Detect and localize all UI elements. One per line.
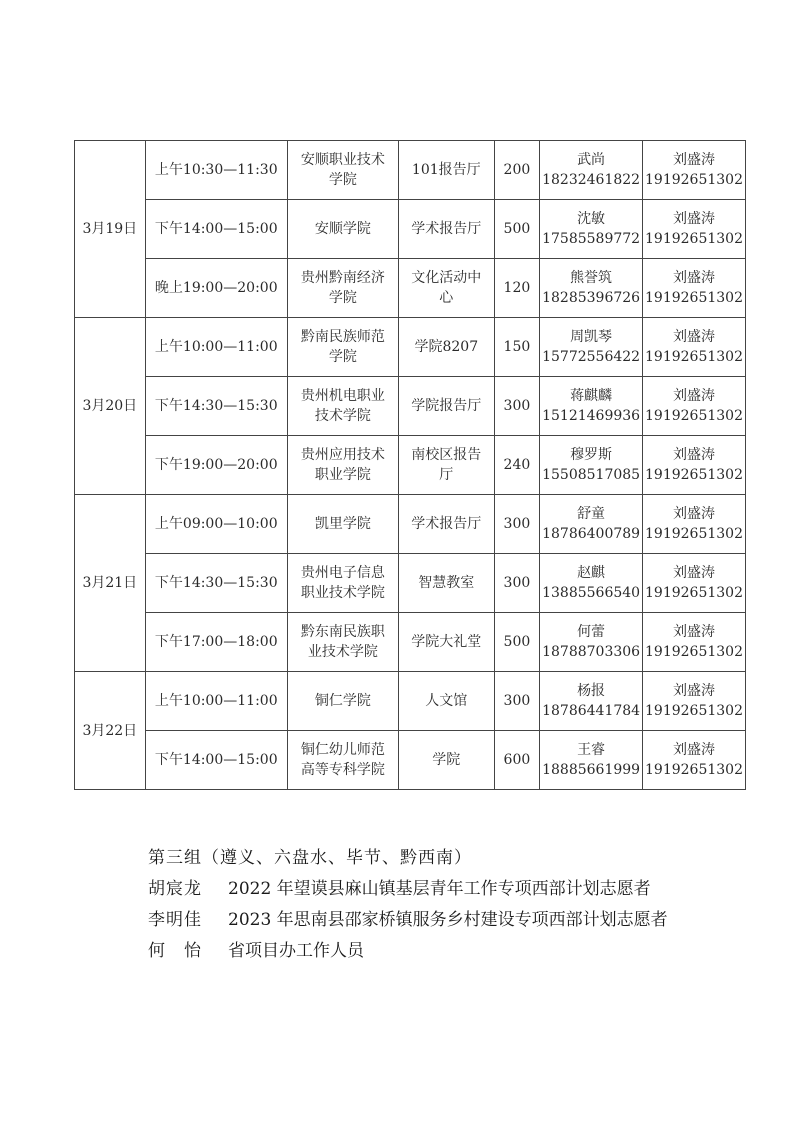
school-cell: 贵州黔南经济学院	[287, 259, 398, 318]
capacity-cell: 300	[494, 377, 539, 436]
member-desc: 2022 年望谟县麻山镇基层青年工作专项西部计划志愿者	[228, 874, 651, 905]
time-cell: 上午10:30—11:30	[145, 141, 287, 200]
document-page: 3月19日上午10:30—11:30安顺职业技术学院101报告厅200武尚182…	[0, 0, 793, 1122]
member-name: 胡宸龙	[148, 874, 228, 905]
school-line: 安顺学院	[290, 219, 396, 239]
school-contact-cell: 王睿18885661999	[540, 731, 643, 790]
lead-phone: 19192651302	[645, 465, 743, 485]
contact-name: 何蕾	[542, 622, 640, 642]
venue-line: 学院	[401, 750, 492, 770]
contact-name: 赵麒	[542, 563, 640, 583]
school-line: 高等专科学院	[290, 760, 396, 780]
time-cell: 下午14:30—15:30	[145, 554, 287, 613]
time-cell: 上午10:00—11:00	[145, 318, 287, 377]
venue-cell: 智慧教室	[398, 554, 494, 613]
member-name: 何 怡	[148, 936, 228, 967]
lead-phone: 19192651302	[645, 170, 743, 190]
time-cell: 晚上19:00—20:00	[145, 259, 287, 318]
contact-phone: 18285396726	[542, 288, 640, 308]
date-cell: 3月20日	[75, 318, 146, 495]
contact-name: 沈敏	[542, 209, 640, 229]
lead-name: 刘盛涛	[645, 563, 743, 583]
school-line: 学院	[290, 170, 396, 190]
school-contact-cell: 沈敏17585589772	[540, 200, 643, 259]
capacity-cell: 200	[494, 141, 539, 200]
school-line: 学院	[290, 347, 396, 367]
table-row: 下午14:00—15:00安顺学院学术报告厅500沈敏17585589772刘盛…	[75, 200, 746, 259]
lead-name: 刘盛涛	[645, 740, 743, 760]
capacity-cell: 500	[494, 200, 539, 259]
school-line: 黔东南民族职	[290, 622, 396, 642]
table-row: 晚上19:00—20:00贵州黔南经济学院文化活动中心120熊誉筑1828539…	[75, 259, 746, 318]
school-cell: 安顺职业技术学院	[287, 141, 398, 200]
table-row: 3月19日上午10:30—11:30安顺职业技术学院101报告厅200武尚182…	[75, 141, 746, 200]
school-cell: 黔南民族师范学院	[287, 318, 398, 377]
time-cell: 下午14:00—15:00	[145, 200, 287, 259]
school-contact-cell: 蒋麒麟15121469936	[540, 377, 643, 436]
capacity-cell: 240	[494, 436, 539, 495]
school-contact-cell: 熊誉筑18285396726	[540, 259, 643, 318]
school-line: 技术学院	[290, 406, 396, 426]
lead-name: 刘盛涛	[645, 327, 743, 347]
contact-phone: 15121469936	[542, 406, 640, 426]
lead-phone: 19192651302	[645, 288, 743, 308]
group-contact-cell: 刘盛涛19192651302	[643, 495, 746, 554]
schedule-table: 3月19日上午10:30—11:30安顺职业技术学院101报告厅200武尚182…	[74, 140, 746, 790]
contact-phone: 13885566540	[542, 583, 640, 603]
venue-cell: 101报告厅	[398, 141, 494, 200]
group-contact-cell: 刘盛涛19192651302	[643, 259, 746, 318]
contact-name: 武尚	[542, 150, 640, 170]
lead-phone: 19192651302	[645, 406, 743, 426]
venue-cell: 学院大礼堂	[398, 613, 494, 672]
member-row: 胡宸龙2022 年望谟县麻山镇基层青年工作专项西部计划志愿者	[148, 874, 768, 905]
lead-name: 刘盛涛	[645, 445, 743, 465]
venue-line: 学术报告厅	[401, 514, 492, 534]
date-cell: 3月19日	[75, 141, 146, 318]
venue-line: 学院大礼堂	[401, 632, 492, 652]
contact-phone: 15508517085	[542, 465, 640, 485]
contact-name: 熊誉筑	[542, 268, 640, 288]
table-row: 下午14:30—15:30贵州机电职业技术学院学院报告厅300蒋麒麟151214…	[75, 377, 746, 436]
contact-name: 蒋麒麟	[542, 386, 640, 406]
lead-phone: 19192651302	[645, 642, 743, 662]
contact-phone: 15772556422	[542, 347, 640, 367]
school-contact-cell: 杨报18786441784	[540, 672, 643, 731]
venue-line: 厅	[401, 465, 492, 485]
group-contact-cell: 刘盛涛19192651302	[643, 554, 746, 613]
venue-cell: 南校区报告厅	[398, 436, 494, 495]
group-contact-cell: 刘盛涛19192651302	[643, 731, 746, 790]
lead-name: 刘盛涛	[645, 150, 743, 170]
contact-name: 杨报	[542, 681, 640, 701]
contact-phone: 18786400789	[542, 524, 640, 544]
member-row: 李明佳2023 年思南县邵家桥镇服务乡村建设专项西部计划志愿者	[148, 905, 768, 936]
group-contact-cell: 刘盛涛19192651302	[643, 672, 746, 731]
school-line: 凯里学院	[290, 514, 396, 534]
group-contact-cell: 刘盛涛19192651302	[643, 141, 746, 200]
school-cell: 黔东南民族职业技术学院	[287, 613, 398, 672]
school-cell: 贵州机电职业技术学院	[287, 377, 398, 436]
school-line: 贵州机电职业	[290, 386, 396, 406]
venue-cell: 学术报告厅	[398, 495, 494, 554]
contact-name: 穆罗斯	[542, 445, 640, 465]
venue-cell: 学术报告厅	[398, 200, 494, 259]
lead-name: 刘盛涛	[645, 504, 743, 524]
group-contact-cell: 刘盛涛19192651302	[643, 613, 746, 672]
lead-phone: 19192651302	[645, 347, 743, 367]
school-contact-cell: 舒童18786400789	[540, 495, 643, 554]
school-line: 贵州应用技术	[290, 445, 396, 465]
table-row: 下午19:00—20:00贵州应用技术职业学院南校区报告厅240穆罗斯15508…	[75, 436, 746, 495]
lead-name: 刘盛涛	[645, 622, 743, 642]
group-contact-cell: 刘盛涛19192651302	[643, 377, 746, 436]
school-contact-cell: 赵麒13885566540	[540, 554, 643, 613]
venue-cell: 学院报告厅	[398, 377, 494, 436]
contact-name: 王睿	[542, 740, 640, 760]
group3-section: 第三组（遵义、六盘水、毕节、黔西南） 胡宸龙2022 年望谟县麻山镇基层青年工作…	[148, 843, 768, 967]
table-row: 3月21日上午09:00—10:00凯里学院学术报告厅300舒童18786400…	[75, 495, 746, 554]
table-row: 3月20日上午10:00—11:00黔南民族师范学院学院8207150周凯琴15…	[75, 318, 746, 377]
venue-cell: 学院	[398, 731, 494, 790]
venue-line: 人文馆	[401, 691, 492, 711]
school-contact-cell: 武尚18232461822	[540, 141, 643, 200]
member-name: 李明佳	[148, 905, 228, 936]
venue-line: 101报告厅	[401, 160, 492, 180]
capacity-cell: 300	[494, 495, 539, 554]
school-line: 黔南民族师范	[290, 327, 396, 347]
school-line: 学院	[290, 288, 396, 308]
date-cell: 3月21日	[75, 495, 146, 672]
school-line: 铜仁幼儿师范	[290, 740, 396, 760]
venue-line: 南校区报告	[401, 445, 492, 465]
school-contact-cell: 何蕾18788703306	[540, 613, 643, 672]
school-line: 职业学院	[290, 465, 396, 485]
member-desc: 2023 年思南县邵家桥镇服务乡村建设专项西部计划志愿者	[228, 905, 668, 936]
lead-phone: 19192651302	[645, 583, 743, 603]
table-row: 3月22日上午10:00—11:00铜仁学院人文馆300杨报1878644178…	[75, 672, 746, 731]
time-cell: 下午14:00—15:00	[145, 731, 287, 790]
venue-cell: 文化活动中心	[398, 259, 494, 318]
venue-cell: 学院8207	[398, 318, 494, 377]
capacity-cell: 150	[494, 318, 539, 377]
school-line: 铜仁学院	[290, 691, 396, 711]
venue-cell: 人文馆	[398, 672, 494, 731]
lead-phone: 19192651302	[645, 229, 743, 249]
lead-name: 刘盛涛	[645, 268, 743, 288]
table-row: 下午14:30—15:30贵州电子信息职业技术学院智慧教室300赵麒138855…	[75, 554, 746, 613]
venue-line: 学院8207	[401, 337, 492, 357]
school-contact-cell: 周凯琴15772556422	[540, 318, 643, 377]
lead-phone: 19192651302	[645, 701, 743, 721]
member-row: 何 怡省项目办工作人员	[148, 936, 768, 967]
capacity-cell: 600	[494, 731, 539, 790]
time-cell: 下午19:00—20:00	[145, 436, 287, 495]
school-cell: 凯里学院	[287, 495, 398, 554]
group-contact-cell: 刘盛涛19192651302	[643, 200, 746, 259]
capacity-cell: 500	[494, 613, 539, 672]
time-cell: 上午09:00—10:00	[145, 495, 287, 554]
school-cell: 贵州应用技术职业学院	[287, 436, 398, 495]
time-cell: 下午17:00—18:00	[145, 613, 287, 672]
capacity-cell: 300	[494, 672, 539, 731]
contact-name: 周凯琴	[542, 327, 640, 347]
school-cell: 安顺学院	[287, 200, 398, 259]
school-contact-cell: 穆罗斯15508517085	[540, 436, 643, 495]
time-cell: 下午14:30—15:30	[145, 377, 287, 436]
school-line: 安顺职业技术	[290, 150, 396, 170]
contact-phone: 18232461822	[542, 170, 640, 190]
venue-line: 智慧教室	[401, 573, 492, 593]
venue-line: 文化活动中	[401, 268, 492, 288]
contact-phone: 18885661999	[542, 760, 640, 780]
contact-phone: 17585589772	[542, 229, 640, 249]
lead-phone: 19192651302	[645, 760, 743, 780]
capacity-cell: 300	[494, 554, 539, 613]
venue-line: 心	[401, 288, 492, 308]
contact-phone: 18786441784	[542, 701, 640, 721]
group-contact-cell: 刘盛涛19192651302	[643, 436, 746, 495]
time-cell: 上午10:00—11:00	[145, 672, 287, 731]
school-cell: 铜仁学院	[287, 672, 398, 731]
schedule-body: 3月19日上午10:30—11:30安顺职业技术学院101报告厅200武尚182…	[75, 141, 746, 790]
group-contact-cell: 刘盛涛19192651302	[643, 318, 746, 377]
school-cell: 铜仁幼儿师范高等专科学院	[287, 731, 398, 790]
lead-name: 刘盛涛	[645, 681, 743, 701]
lead-name: 刘盛涛	[645, 386, 743, 406]
member-desc: 省项目办工作人员	[228, 936, 364, 967]
lead-name: 刘盛涛	[645, 209, 743, 229]
table-row: 下午17:00—18:00黔东南民族职业技术学院学院大礼堂500何蕾187887…	[75, 613, 746, 672]
contact-name: 舒童	[542, 504, 640, 524]
lead-phone: 19192651302	[645, 524, 743, 544]
venue-line: 学术报告厅	[401, 219, 492, 239]
capacity-cell: 120	[494, 259, 539, 318]
school-line: 业技术学院	[290, 642, 396, 662]
table-row: 下午14:00—15:00铜仁幼儿师范高等专科学院学院600王睿18885661…	[75, 731, 746, 790]
contact-phone: 18788703306	[542, 642, 640, 662]
school-line: 贵州电子信息	[290, 563, 396, 583]
school-line: 贵州黔南经济	[290, 268, 396, 288]
venue-line: 学院报告厅	[401, 396, 492, 416]
date-cell: 3月22日	[75, 672, 146, 790]
school-line: 职业技术学院	[290, 583, 396, 603]
school-cell: 贵州电子信息职业技术学院	[287, 554, 398, 613]
group3-heading: 第三组（遵义、六盘水、毕节、黔西南）	[148, 843, 768, 874]
